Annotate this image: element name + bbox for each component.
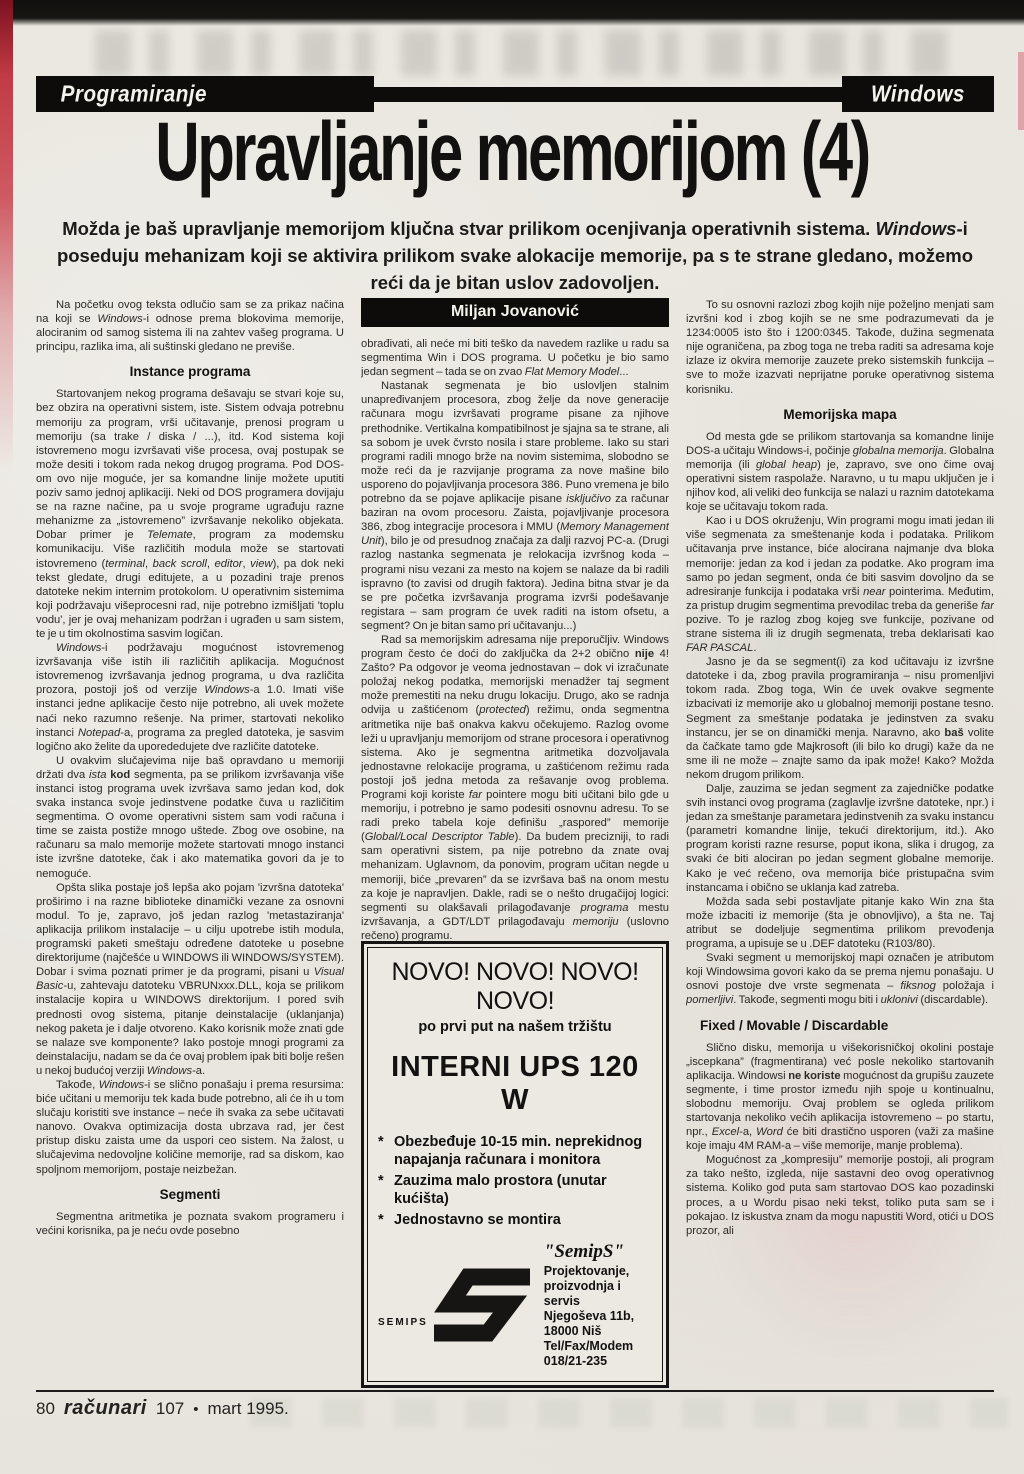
ad-company-address: Njegoševa 11b, 18000 Niš [544,1309,652,1339]
magazine-page: Programiranje Windows Upravljanje memori… [0,0,1024,1474]
body-paragraph: Nastanak segmenata je bio uslovljen stal… [361,379,669,633]
author-name: Miljan Jovanović [451,303,579,320]
article-title-wrap: Upravljanje memorijom (4) [0,108,1024,197]
ad-company-block: "SemipS" Projektovanje, proizvodnja i se… [544,1241,652,1369]
ad-company-line: proizvodnja i servis [544,1279,652,1309]
ad-bullet: *Jednostavno se montira [378,1211,652,1229]
ups-ad-inner: NOVO! NOVO! NOVO! NOVO! po prvi put na n… [367,947,663,1382]
page-footer: 80 računari 107 • mart 1995. [36,1390,994,1420]
column-middle-text: obrađivati, ali neće mi biti teško da na… [361,337,669,943]
ad-bullet: *Zauzima malo prostora (unutar kućišta) [378,1172,652,1208]
footer-issue-number: 107 [156,1399,184,1419]
footer-magazine-name: računari [64,1397,147,1420]
body-paragraph: Jasno je da se segment(i) za kod učitava… [686,655,994,782]
column-heading: Instance programa [36,364,344,379]
body-paragraph: Na početku ovog teksta odlučio sam se za… [36,298,344,354]
bullet-marker: * [378,1211,388,1229]
ad-logo-row: SEMIPS "SemipS" Projektovanje, proizvodn… [378,1241,652,1369]
ad-logo: SEMIPS [378,1266,534,1344]
column-left: Na početku ovog teksta odlučio sam se za… [36,298,344,1390]
body-paragraph: Takođe, Windows-i se slično ponašaju i p… [36,1078,344,1177]
column-right: To su osnovni razlozi zbog kojih nije po… [686,298,994,1390]
ad-headline: NOVO! NOVO! NOVO! NOVO! [378,958,652,1016]
body-paragraph: Dalje, zauzima se jedan segment za zajed… [686,782,994,895]
scan-top-edge [0,0,1024,26]
article-title: Upravljanje memorijom (4) [155,104,869,200]
semips-logo-icon [430,1266,534,1344]
body-paragraph: Mogućnost za „kompresiju” memorije posto… [686,1153,994,1238]
bullet-text: Zauzima malo prostora (unutar kućišta) [394,1172,652,1208]
ups-ad-box: NOVO! NOVO! NOVO! NOVO! po prvi put na n… [361,941,669,1388]
bullet-marker: * [378,1133,388,1169]
column-heading: Memorijska mapa [686,407,994,422]
body-paragraph: Svaki segment u memorijskoj mapi označen… [686,951,994,1007]
bullet-text: Jednostavno se montira [394,1211,561,1229]
body-paragraph: To su osnovni razlozi zbog kojih nije po… [686,298,994,397]
ad-bullet-list: *Obezbeđuje 10-15 min. neprekidnog napaj… [378,1133,652,1230]
author-bar: Miljan Jovanović [361,298,669,327]
body-paragraph: Startovanjem nekog programa dešavaju se … [36,387,344,641]
body-paragraph: Windows-i podržavaju mogućnost istovreme… [36,641,344,754]
footer-date: mart 1995. [208,1399,289,1419]
body-paragraph: Od mesta gde se prilikom startovanja sa … [686,430,994,515]
body-paragraph: Rad sa memorijskim adresama nije preporu… [361,633,669,943]
column-middle: Miljan Jovanović obrađivati, ali neće mi… [361,298,669,1390]
section-header-rule [374,87,842,102]
ad-product-name: INTERNI UPS 120 W [378,1051,652,1117]
body-paragraph: Kao i u DOS okruženju, Win programi mogu… [686,514,994,655]
ad-bullet: *Obezbeđuje 10-15 min. neprekidnog napaj… [378,1133,652,1169]
section-right-text: Windows [871,80,965,107]
semips-logo-label: SEMIPS [378,1317,428,1328]
column-heading: Fixed / Movable / Discardable [686,1018,994,1033]
body-paragraph: U ovakvim slučajevima nije baš opravdano… [36,754,344,881]
ad-company-contact: Tel/Fax/Modem 018/21-235 [544,1339,652,1369]
body-paragraph: Segmentna aritmetika je poznata svakom p… [36,1210,344,1238]
body-paragraph: Opšta slika postaje još lepša ako pojam … [36,881,344,1078]
bleed-through-ghost-text [95,30,954,76]
ad-company-name: "SemipS" [544,1241,652,1264]
footer-page-number: 80 [36,1399,55,1419]
body-paragraph: Slično disku, memorija u višekorisničkoj… [686,1041,994,1154]
bullet-text: Obezbeđuje 10-15 min. neprekidnog napaja… [394,1133,652,1169]
body-paragraph: Možda sada sebi postavljate pitanje kako… [686,895,994,951]
article-columns: Na početku ovog teksta odlučio sam se za… [36,298,994,1390]
footer-separator: • [193,1401,198,1418]
ad-subheadline: po prvi put na našem tržištu [378,1019,652,1035]
body-paragraph: obrađivati, ali neće mi biti teško da na… [361,337,669,379]
article-lead: Možda je baš upravljanje memorijom ključ… [48,216,982,296]
column-heading: Segmenti [36,1187,344,1202]
scan-color-mark [0,0,13,472]
bullet-marker: * [378,1172,388,1208]
ad-company-line: Projektovanje, [544,1264,652,1279]
